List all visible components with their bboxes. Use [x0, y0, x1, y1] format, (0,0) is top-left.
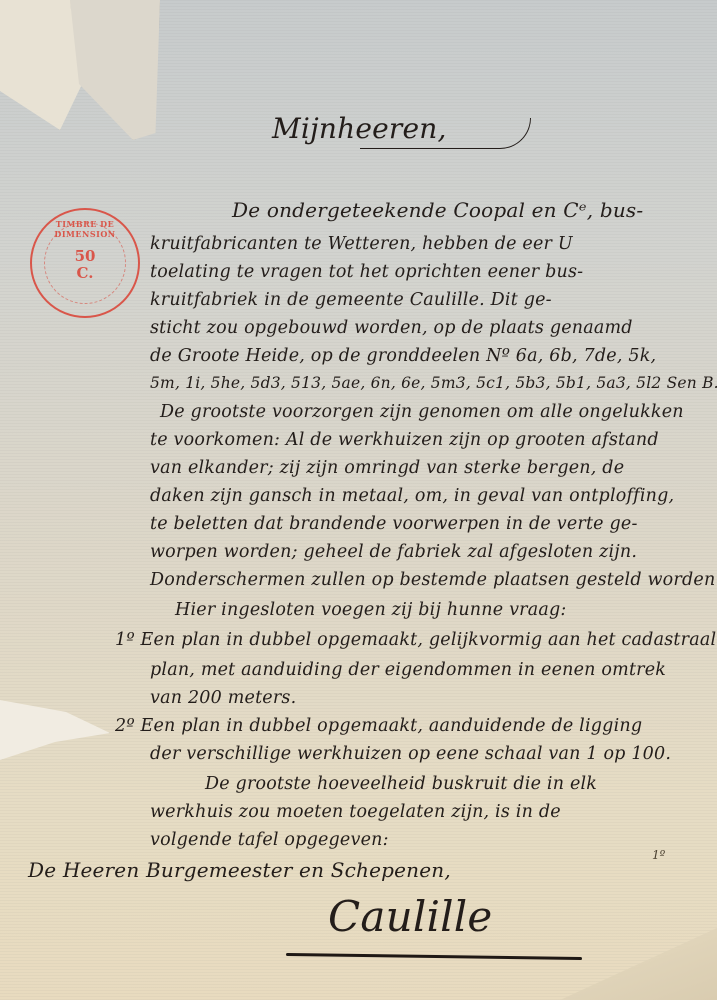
body-line: De grootste voorzorgen zijn genomen om a… — [160, 402, 684, 422]
body-line: De grootste hoeveelheid buskruit die in … — [205, 774, 597, 794]
stamp-amount: 50 — [75, 247, 96, 265]
list-item: 2º Een plan in dubbel opgemaakt, aanduid… — [115, 716, 642, 736]
body-line: sticht zou opgebouwd worden, op de plaat… — [150, 318, 633, 338]
list-item: 1º Een plan in dubbel opgemaakt, gelijkv… — [115, 630, 716, 650]
body-line: volgende tafel opgegeven: — [150, 830, 389, 850]
tax-stamp: TIMBRE DE DIMENSION 50 C. — [30, 208, 140, 318]
signature: Caulille — [328, 892, 492, 941]
body-line: de Groote Heide, op de gronddeelen Nº 6a… — [150, 346, 656, 366]
body-line: der verschillige werkhuizen op eene scha… — [150, 744, 671, 764]
body-line: toelating te vragen tot het oprichten ee… — [150, 262, 583, 282]
body-line: De ondergeteekende Coopal en Cᵉ, bus- — [232, 198, 643, 222]
body-line: werkhuis zou moeten toegelaten zijn, is … — [150, 802, 561, 822]
body-line: Hier ingesloten voegen zij bij hunne vra… — [175, 600, 567, 620]
body-line: Donderschermen zullen op bestemde plaats… — [150, 570, 717, 590]
stamp-value: 50 C. — [32, 248, 138, 282]
body-line: van elkander; zij zijn omringd van sterk… — [150, 458, 624, 478]
body-line: te voorkomen: Al de werkhuizen zijn op g… — [150, 430, 659, 450]
salutation-flourish — [360, 118, 531, 149]
body-line: van 200 meters. — [150, 688, 296, 708]
stamp-caption: TIMBRE DE DIMENSION — [32, 219, 138, 239]
stamp-unit: C. — [32, 265, 138, 282]
body-line: te beletten dat brandende voorwerpen in … — [150, 514, 638, 534]
body-line: worpen worden; geheel de fabriek zal afg… — [150, 542, 637, 562]
addressee: De Heeren Burgemeester en Schepenen, — [28, 858, 451, 882]
body-line: 5m, 1i, 5he, 5d3, 513, 5ae, 6n, 6e, 5m3,… — [150, 374, 717, 392]
body-line: daken zijn gansch in metaal, om, in geva… — [150, 486, 674, 506]
body-line: kruitfabricanten te Wetteren, hebben de … — [150, 234, 573, 254]
margin-note: 1º — [652, 848, 665, 862]
body-line: kruitfabriek in de gemeente Caulille. Di… — [150, 290, 552, 310]
body-line: plan, met aanduiding der eigendommen in … — [150, 660, 666, 680]
